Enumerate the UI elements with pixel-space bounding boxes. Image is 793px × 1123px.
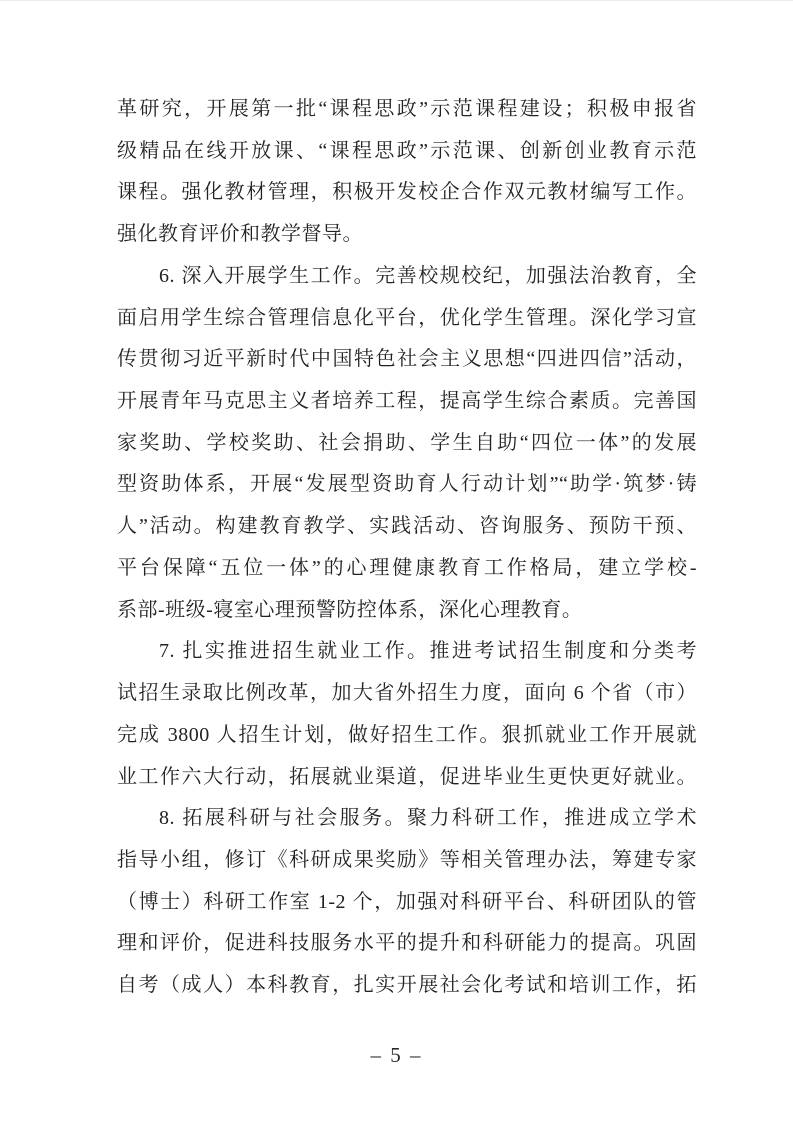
text-line: 开展青年马克思主义者培养工程，提高学生综合素质。完善国	[117, 381, 697, 423]
text-line: 完成 3800 人招生计划，做好招生工作。狠抓就业工作开展就	[117, 715, 697, 757]
document-page: { "document": { "lines": [ "革研究，开展第一批“课程…	[0, 0, 793, 1123]
text-line: 6. 深入开展学生工作。完善校规校纪，加强法治教育，全	[117, 256, 697, 298]
text-line: 系部-班级-寝室心理预警防控体系，深化心理教育。	[117, 590, 697, 632]
text-line: 平台保障“五位一体”的心理健康教育工作格局，建立学校-	[117, 548, 697, 590]
text-line: 7. 扎实推进招生就业工作。推进考试招生制度和分类考	[117, 631, 697, 673]
text-line: 传贯彻习近平新时代中国特色社会主义思想“四进四信”活动，	[117, 339, 697, 381]
paragraph-item-8: 8. 拓展科研与社会服务。聚力科研工作，推进成立学术 指导小组，修订《科研成果奖…	[117, 798, 697, 1007]
text-line: 指导小组，修订《科研成果奖励》等相关管理办法，筹建专家	[117, 840, 697, 882]
text-line: 8. 拓展科研与社会服务。聚力科研工作，推进成立学术	[117, 798, 697, 840]
text-block: 革研究，开展第一批“课程思政”示范课程建设；积极申报省 级精品在线开放课、“课程…	[117, 89, 697, 1007]
text-line: 强化教育评价和教学督导。	[117, 214, 697, 256]
paragraph-item-7: 7. 扎实推进招生就业工作。推进考试招生制度和分类考 试招生录取比例改革，加大省…	[117, 631, 697, 798]
text-line: 家奖助、学校奖助、社会捐助、学生自助“四位一体”的发展	[117, 423, 697, 465]
paragraph-continuation: 革研究，开展第一批“课程思政”示范课程建设；积极申报省 级精品在线开放课、“课程…	[117, 89, 697, 256]
text-line: 级精品在线开放课、“课程思政”示范课、创新创业教育示范	[117, 131, 697, 173]
text-line: 试招生录取比例改革，加大省外招生力度，面向 6 个省（市）	[117, 673, 697, 715]
text-line: 业工作六大行动，拓展就业渠道，促进毕业生更快更好就业。	[117, 757, 697, 799]
text-line: 课程。强化教材管理，积极开发校企合作双元教材编写工作。	[117, 172, 697, 214]
text-line: 理和评价，促进科技服务水平的提升和科研能力的提高。巩固	[117, 923, 697, 965]
text-line: 人”活动。构建教育教学、实践活动、咨询服务、预防干预、	[117, 506, 697, 548]
page-number: – 5 –	[371, 1043, 423, 1067]
text-line: 自考（成人）本科教育，扎实开展社会化考试和培训工作，拓	[117, 965, 697, 1007]
paragraph-item-6: 6. 深入开展学生工作。完善校规校纪，加强法治教育，全 面启用学生综合管理信息化…	[117, 256, 697, 631]
text-line: （博士）科研工作室 1-2 个，加强对科研平台、科研团队的管	[117, 882, 697, 924]
page-footer: – 5 –	[0, 1043, 793, 1068]
text-line: 型资助体系，开展“发展型资助育人行动计划”“助学·筑梦·铸	[117, 464, 697, 506]
text-line: 面启用学生综合管理信息化平台，优化学生管理。深化学习宣	[117, 298, 697, 340]
text-line: 革研究，开展第一批“课程思政”示范课程建设；积极申报省	[117, 89, 697, 131]
